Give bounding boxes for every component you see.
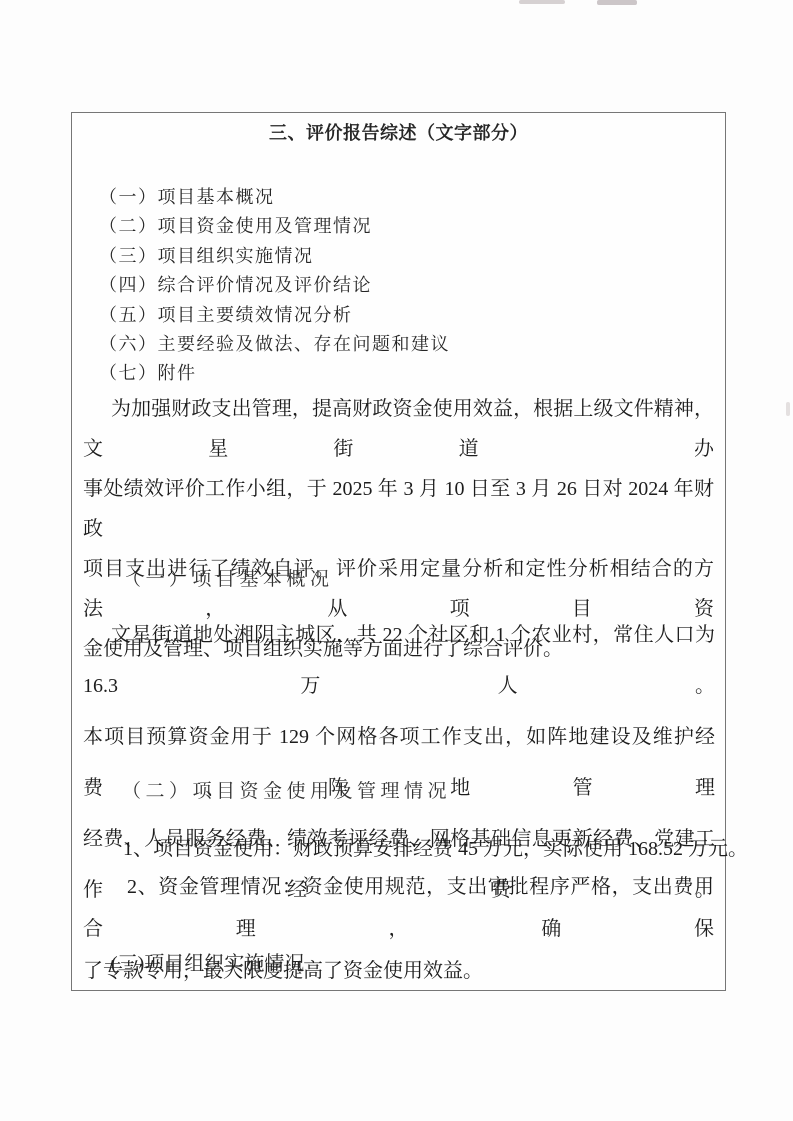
text-line: 2、资金管理情况：资金使用规范，支出审批程序严格，支出费用合理，确保: [83, 866, 714, 950]
scan-artifact: [519, 0, 565, 4]
toc-item-4: （四）综合评价情况及评价结论: [99, 271, 450, 300]
toc-item-6: （六）主要经验及做法、存在问题和建议: [99, 330, 450, 359]
toc-item-3: （三）项目组织实施情况: [99, 242, 450, 271]
scanned-report-page: 三、评价报告综述（文字部分） （一）项目基本概况 （二）项目资金使用及管理情况 …: [0, 0, 793, 1121]
content-frame: 三、评价报告综述（文字部分） （一）项目基本概况 （二）项目资金使用及管理情况 …: [71, 112, 726, 991]
text-line: 为加强财政支出管理，提高财政资金使用效益，根据上级文件精神，文星街道 办: [83, 389, 714, 469]
scan-artifact: [597, 0, 637, 5]
toc-item-1: （一）项目基本概况: [99, 183, 450, 212]
toc-list: （一）项目基本概况 （二）项目资金使用及管理情况 （三）项目组织实施情况 （四）…: [99, 183, 450, 389]
toc-item-5: （五）项目主要绩效情况分析: [99, 301, 450, 330]
scan-artifact: [786, 402, 790, 416]
section-2-heading: （二）项目资金使用及管理情况: [122, 781, 451, 803]
toc-item-7: （七）附件: [99, 359, 450, 388]
section-1-heading: （一）项目基本概况: [122, 569, 334, 591]
toc-item-2: （二）项目资金使用及管理情况: [99, 212, 450, 241]
text-line: 文星街道地处湘阴主城区，共 22 个社区和 1 个农业村，常住人口为 16.3 …: [83, 610, 715, 712]
section-3-heading: (三)项目组织实施情况: [111, 953, 304, 975]
page-title: 三、评价报告综述（文字部分）: [72, 121, 725, 145]
text-line: 事处绩效评价工作小组，于 2025 年 3 月 10 日至 3 月 26 日对 …: [83, 469, 714, 549]
funds-use-line: 1、项目资金使用：财政预算安排经费 45 万元，实际使用 168.52 万元。: [83, 837, 723, 861]
